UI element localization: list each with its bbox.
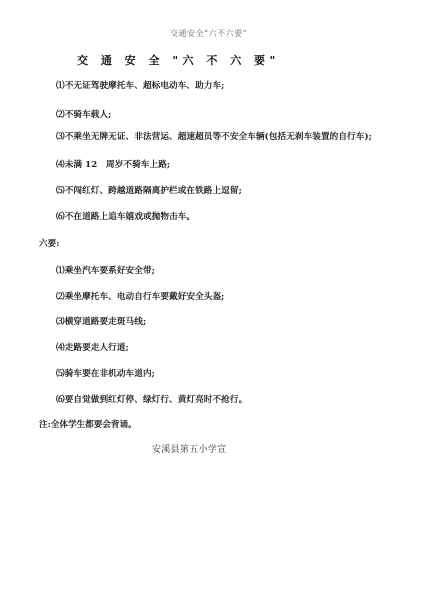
six-musts-item-3: ⑶横穿道路要走斑马线; [56, 318, 146, 327]
note: 注:全体学生都要会背诵。 [39, 421, 137, 430]
six-musts-item-4: ⑷走路要走人行道; [56, 344, 129, 353]
six-nots-item-3: ⑶不乘坐无牌无证、非法营运、超速超员等不安全车辆(包括无刹车装置的自行车); [56, 133, 372, 142]
six-musts-item-1: ⑴乘坐汽车要系好安全带; [56, 267, 155, 276]
six-nots-item-4: ⑷未满 12 周岁不骑车上路; [56, 161, 170, 170]
six-nots-item-5: ⑸不闯红灯、跨越道路隔离护栏或在铁路上逗留; [56, 187, 242, 196]
signature: 安溪县第五小学宣 [152, 446, 226, 455]
document-page: 交通安全“六不六要” 交 通 安 全 "六 不 六 要" ⑴不无证驾驶摩托车、超… [0, 0, 423, 600]
running-header: 交通安全“六不六要” [170, 30, 247, 38]
six-nots-item-2: ⑵不骑车载人; [56, 111, 111, 120]
six-nots-item-6: ⑹不在道路上追车嬉戏或抛物击车。 [56, 213, 195, 222]
six-musts-item-2: ⑵乘坐摩托车、电动自行车要戴好安全头盔; [56, 293, 224, 302]
six-musts-item-5: ⑸骑车要在非机动车道内; [56, 370, 155, 379]
six-nots-item-1: ⑴不无证驾驶摩托车、超标电动车、助力车; [56, 82, 224, 91]
six-musts-label: 六要: [39, 240, 59, 249]
document-title: 交 通 安 全 "六 不 六 要" [77, 55, 280, 66]
six-musts-item-6: ⑹要自觉做到红灯停、绿灯行、黄灯亮时不抢行。 [56, 396, 247, 405]
